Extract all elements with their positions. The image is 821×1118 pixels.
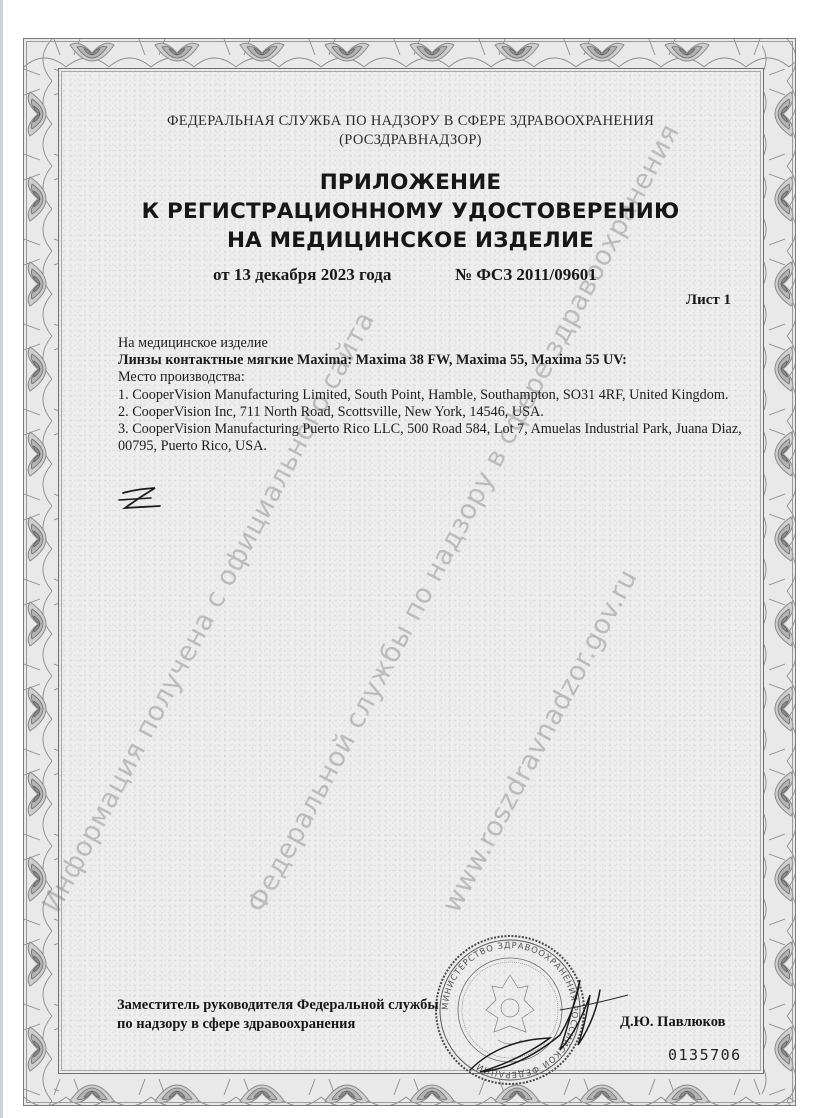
title-line-2: К РЕГИСТРАЦИОННОМУ УДОСТОВЕРЕНИЮ	[0, 197, 821, 226]
agency-name: ФЕДЕРАЛЬНАЯ СЛУЖБА ПО НАДЗОРУ В СФЕРЕ ЗД…	[0, 112, 821, 131]
registration-date: от 13 декабря 2023 года	[213, 265, 391, 285]
title-line-1: ПРИЛОЖЕНИЕ	[0, 168, 821, 197]
device-intro: На медицинское изделие	[118, 335, 758, 352]
sheet-number: Лист 1	[686, 292, 731, 309]
form-serial-number: 0135706	[668, 1046, 742, 1064]
agency-abbreviation: (РОСЗДРАВНАДЗОР)	[0, 131, 821, 150]
device-name: Линзы контактные мягкие Maxima: Maxima 3…	[118, 352, 758, 369]
production-site: 1. CooperVision Manufacturing Limited, S…	[118, 387, 758, 404]
signer-position-line-2: по надзору в сфере здравоохранения	[117, 1015, 439, 1034]
agency-header: ФЕДЕРАЛЬНАЯ СЛУЖБА ПО НАДЗОРУ В СФЕРЕ ЗД…	[0, 112, 821, 150]
handwritten-z-mark-icon	[115, 485, 165, 517]
signer-position: Заместитель руководителя Федеральной слу…	[117, 996, 439, 1034]
title-line-3: НА МЕДИЦИНСКОЕ ИЗДЕЛИЕ	[0, 226, 821, 255]
document-title: ПРИЛОЖЕНИЕ К РЕГИСТРАЦИОННОМУ УДОСТОВЕРЕ…	[0, 168, 821, 255]
device-details: На медицинское изделие Линзы контактные …	[118, 335, 758, 455]
signer-name: Д.Ю. Павлюков	[620, 1014, 725, 1031]
production-label: Место производства:	[118, 369, 758, 386]
production-site: 2. CooperVision Inc, 711 North Road, Sco…	[118, 404, 758, 421]
production-site: 3. CooperVision Manufacturing Puerto Ric…	[118, 421, 758, 455]
registration-number: № ФСЗ 2011/09601	[455, 265, 597, 285]
signer-position-line-1: Заместитель руководителя Федеральной слу…	[117, 996, 439, 1015]
